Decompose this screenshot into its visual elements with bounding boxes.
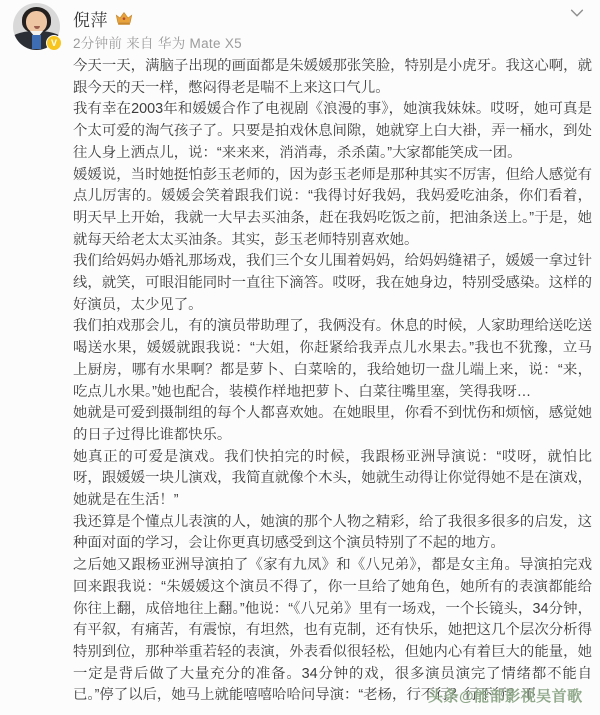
vip-crown-icon (115, 11, 133, 26)
post-paragraph: 她真正的可爱是演戏。我们快拍完的时候，我跟杨亚洲导演说：“哎呀，就怕比呀，跟媛媛… (73, 447, 592, 512)
post-paragraph: 我有幸在2003年和媛媛合作了电视剧《浪漫的事》，她演我妹妹。哎呀，她可真是个太… (73, 99, 592, 164)
author-name[interactable]: 倪萍 (73, 6, 108, 31)
post-paragraph: 媛媛说，当时她挺怕彭玉老师的，因为彭玉老师是那种其实不厉害，但给人感觉有点儿厉害… (73, 165, 592, 252)
post-paragraph: 今天一天，满脑子出现的画面都是朱媛媛那张笑脸，特别是小虎牙。我这心啊，就跟今天的… (73, 56, 592, 99)
post-text: 今天一天，满脑子出现的画面都是朱媛媛那张笑脸，特别是小虎牙。我这心啊，就跟今天的… (73, 56, 592, 707)
watermark: 头条@能部影视吴首歌 (428, 685, 583, 706)
author-avatar[interactable]: V (13, 3, 60, 50)
post-paragraph: 她就是可爱到摄制组的每个人都喜欢她。在她眼里，你看不到忧伤和烦恼，感觉她的日子过… (73, 403, 592, 446)
weibo-post-card: V 倪萍 2分钟前 来自 华为 Mate X5 今天一天，满脑子出现的画面都是朱… (0, 0, 600, 715)
post-paragraph: 我们拍戏那会儿，有的演员带助理了，我俩没有。休息的时候，人家助理给送吃送喝送水果… (73, 316, 592, 403)
post-meta-timestamp: 2分钟前 来自 华为 Mate X5 (73, 32, 242, 52)
verified-v-badge-icon: V (46, 35, 62, 51)
avatar-face (26, 11, 47, 33)
post-paragraph: 我们给妈妈办婚礼那场戏，我们三个女儿围着妈妈，给妈妈缝裙子，媛媛一拿过针线，就笑… (73, 251, 592, 316)
chevron-down-icon[interactable] (566, 2, 588, 24)
avatar-shirt (32, 35, 41, 49)
post-paragraph: 我还算是个懂点儿表演的人，她演的那个人物之精彩，给了我很多很多的启发，这种面对面… (73, 512, 592, 555)
